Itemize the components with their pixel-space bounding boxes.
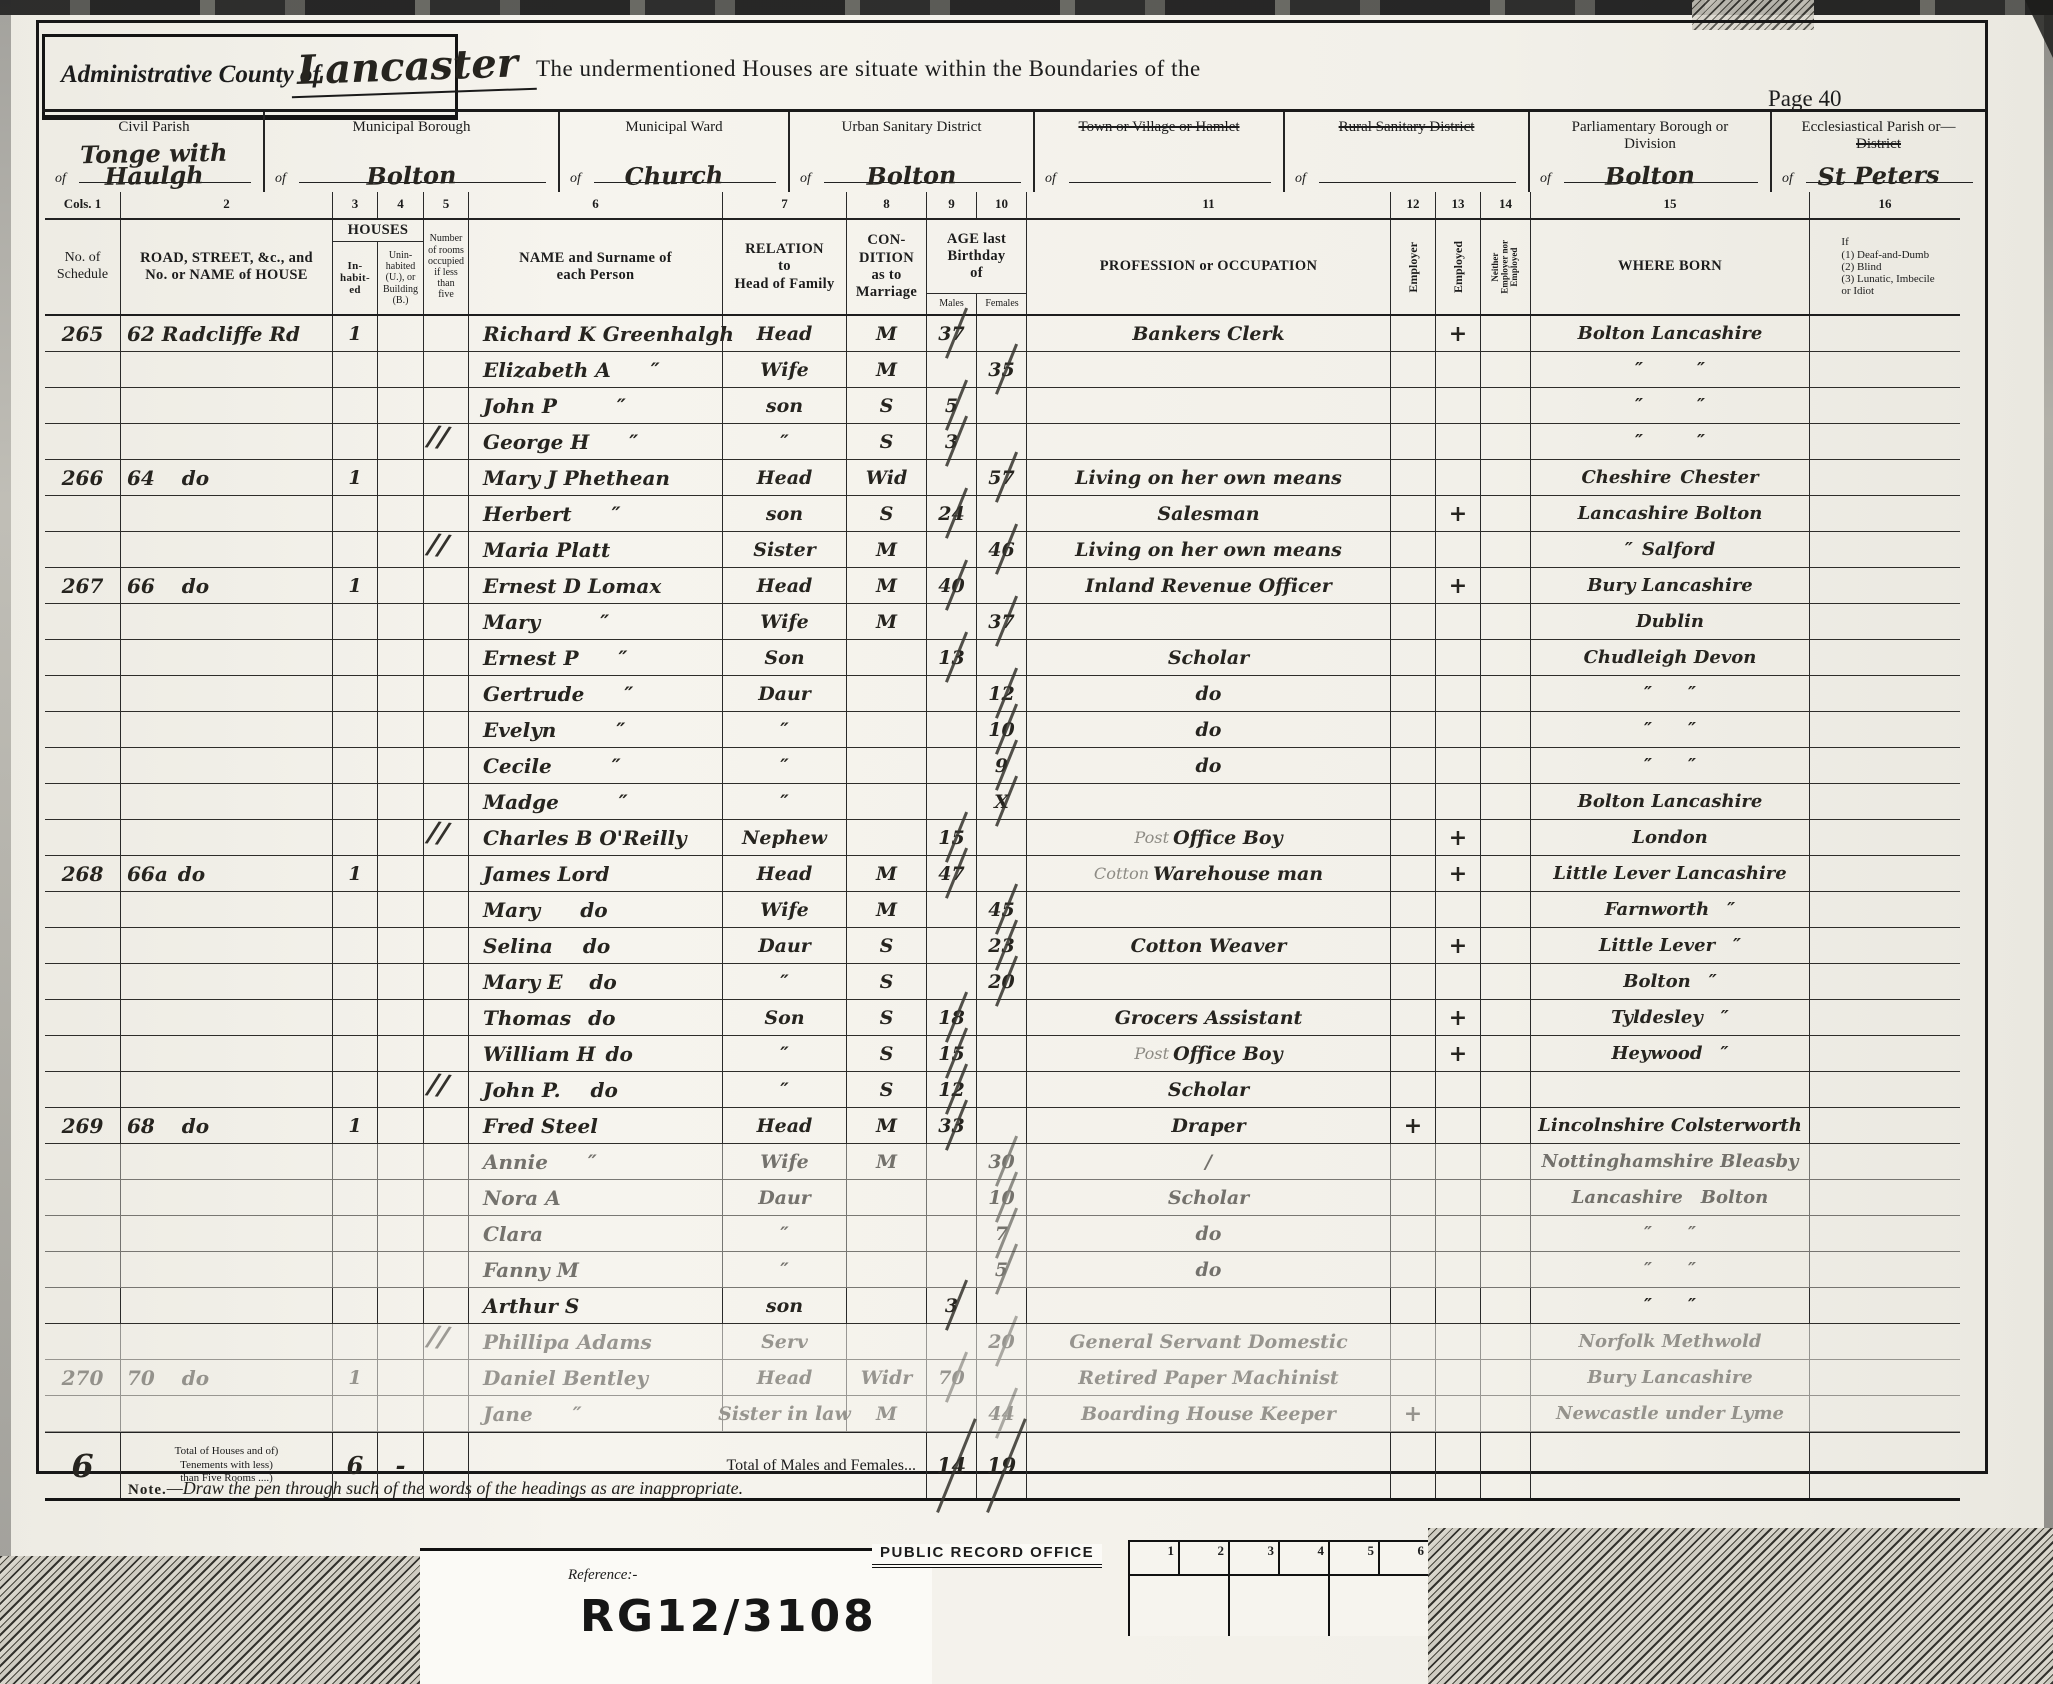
- rooms-under-five: [424, 748, 469, 783]
- age-female: [977, 496, 1027, 531]
- road-name: [121, 532, 333, 567]
- age-female: [977, 640, 1027, 675]
- table-row: Maria Platt Sister M 46 Living on her ow…: [45, 532, 1960, 568]
- age-male: [927, 604, 977, 639]
- age-female: [977, 388, 1027, 423]
- marriage-condition: [847, 712, 927, 747]
- measurement-ruler: 1 2 3 4 5 6: [1128, 1540, 1428, 1576]
- marriage-condition: S: [847, 496, 927, 531]
- rooms-under-five: [424, 352, 469, 387]
- table-row: George H ″ ″ S 3 ″ ″: [45, 424, 1960, 460]
- where-born: ″ ″: [1531, 1216, 1810, 1251]
- person-name: Nora A: [469, 1180, 723, 1215]
- employer-mark: [1391, 532, 1436, 567]
- district-label: Town or Village or Hamlet: [1035, 119, 1283, 136]
- table-row: Mary do Wife M 45 Farnworth ″: [45, 892, 1960, 928]
- neither-mark: [1481, 712, 1531, 747]
- where-born: Farnworth ″: [1531, 892, 1810, 927]
- infirmity: [1810, 964, 1960, 999]
- road-name: [121, 1288, 333, 1323]
- rooms-under-five: [424, 1036, 469, 1071]
- neither-mark: [1481, 568, 1531, 603]
- person-name: Herbert ″: [469, 496, 723, 531]
- age-female: 37: [977, 604, 1027, 639]
- employed-mark: +: [1436, 316, 1481, 351]
- measurement-ruler-lower: [1128, 1574, 1428, 1636]
- where-born: ″ ″: [1531, 748, 1810, 783]
- colnum-14: 14: [1481, 192, 1531, 218]
- occupation: [1027, 352, 1391, 387]
- infirmity: [1810, 748, 1960, 783]
- employed-mark: [1436, 748, 1481, 783]
- district-label: Ecclesiastical Parish or— District: [1772, 119, 1985, 153]
- relation-to-head: son: [723, 496, 847, 531]
- occupation: do: [1027, 712, 1391, 747]
- houses-uninhabited: [378, 820, 424, 855]
- rooms-under-five: [424, 1324, 469, 1359]
- neither-mark: [1481, 1108, 1531, 1143]
- rooms-under-five: [424, 1216, 469, 1251]
- rooms-under-five: [424, 820, 469, 855]
- rooms-under-five: [424, 568, 469, 603]
- district-value: [1285, 185, 1528, 189]
- where-born: ″ Salford: [1531, 532, 1810, 567]
- houses-inhabited: [333, 964, 378, 999]
- employed-mark: [1436, 1324, 1481, 1359]
- person-name: Ernest D Lomax: [469, 568, 723, 603]
- schedule-number: [45, 748, 121, 783]
- marriage-condition: [847, 820, 927, 855]
- road-name: [121, 604, 333, 639]
- employer-mark: [1391, 1072, 1436, 1107]
- neither-mark: [1481, 424, 1531, 459]
- road-name: [121, 1144, 333, 1179]
- age-female: [977, 316, 1027, 351]
- neither-mark: [1481, 964, 1531, 999]
- age-female: 35: [977, 352, 1027, 387]
- occupation: do: [1027, 1216, 1391, 1251]
- age-male: [927, 928, 977, 963]
- colnum-9: 9: [927, 192, 977, 218]
- scan-hatch-bottom-left: [0, 1556, 420, 1684]
- marriage-condition: S: [847, 1072, 927, 1107]
- occupation: do: [1027, 748, 1391, 783]
- age-male: 12: [927, 1072, 977, 1107]
- infirmity: [1810, 1324, 1960, 1359]
- road-name: [121, 964, 333, 999]
- pencil-annotation: Cotton: [1094, 864, 1149, 883]
- table-row: Selina do Daur S 23 Cotton Weaver + Litt…: [45, 928, 1960, 964]
- houses-uninhabited: [378, 496, 424, 531]
- person-name: Charles B O'Reilly: [469, 820, 723, 855]
- employer-mark: [1391, 748, 1436, 783]
- neither-mark: [1481, 1288, 1531, 1323]
- rooms-under-five: [424, 856, 469, 891]
- age-male: 33: [927, 1108, 977, 1143]
- age-female: 9: [977, 748, 1027, 783]
- age-male: 3: [927, 424, 977, 459]
- houses-inhabited: [333, 676, 378, 711]
- employed-mark: [1436, 1180, 1481, 1215]
- houses-uninhabited: [378, 676, 424, 711]
- occupation: [1027, 784, 1391, 819]
- houses-uninhabited: [378, 1252, 424, 1287]
- where-born: ″ ″: [1531, 352, 1810, 387]
- occupation: CottonWarehouse man: [1027, 856, 1391, 891]
- where-born: Bolton ″: [1531, 964, 1810, 999]
- marriage-condition: [847, 748, 927, 783]
- age-male: [927, 1324, 977, 1359]
- houses-inhabited: 1: [333, 1108, 378, 1143]
- employed-mark: [1436, 604, 1481, 639]
- employer-mark: [1391, 928, 1436, 963]
- road-name: [121, 820, 333, 855]
- houses-uninhabited: [378, 1072, 424, 1107]
- schedule-number: 266: [45, 460, 121, 495]
- occupation: [1027, 1288, 1391, 1323]
- neither-mark: [1481, 532, 1531, 567]
- age-female: 57: [977, 460, 1027, 495]
- neither-mark: [1481, 460, 1531, 495]
- person-name: Elizabeth A ″: [469, 352, 723, 387]
- road-name: [121, 640, 333, 675]
- district-label-line1: Parliamentary Borough or: [1572, 119, 1729, 135]
- relation-to-head: Wife: [723, 1144, 847, 1179]
- houses-uninhabited: [378, 748, 424, 783]
- infirmity: [1810, 892, 1960, 927]
- table-row: Clara ″ 7 do ″ ″: [45, 1216, 1960, 1252]
- occupation: Living on her own means: [1027, 460, 1391, 495]
- houses-inhabited: [333, 1144, 378, 1179]
- col-header-age: AGE last Birthday of: [927, 220, 1026, 293]
- houses-uninhabited: [378, 568, 424, 603]
- neither-mark: [1481, 856, 1531, 891]
- schedule-number: [45, 496, 121, 531]
- employer-mark: [1391, 604, 1436, 639]
- marriage-condition: M: [847, 892, 927, 927]
- district-label: Rural Sanitary District: [1285, 119, 1528, 136]
- colnum-5: 5: [424, 192, 469, 218]
- where-born: ″ ″: [1531, 388, 1810, 423]
- employed-mark: +: [1436, 856, 1481, 891]
- employer-mark: [1391, 1288, 1436, 1323]
- col-header-houses: HOUSES: [333, 220, 423, 242]
- schedule-number: 269: [45, 1108, 121, 1143]
- schedule-number: [45, 1000, 121, 1035]
- marriage-condition: M: [847, 1108, 927, 1143]
- person-name: Fanny M: [469, 1252, 723, 1287]
- age-female: [977, 1288, 1027, 1323]
- employed-mark: [1436, 1288, 1481, 1323]
- district-label-line1: Town or Village or Hamlet: [1078, 119, 1239, 135]
- employer-mark: [1391, 1036, 1436, 1071]
- relation-to-head: Head: [723, 316, 847, 351]
- occupation: Living on her own means: [1027, 532, 1391, 567]
- relation-to-head: Daur: [723, 928, 847, 963]
- employer-mark: [1391, 1000, 1436, 1035]
- neither-mark: [1481, 1324, 1531, 1359]
- road-name: [121, 748, 333, 783]
- occupation: [1027, 388, 1391, 423]
- age-male: [927, 712, 977, 747]
- total-males: 14: [927, 1433, 977, 1498]
- ruler-mark-6: 6: [1418, 1543, 1425, 1559]
- employed-mark: [1436, 676, 1481, 711]
- houses-uninhabited: [378, 1396, 424, 1431]
- rooms-under-five: [424, 1288, 469, 1323]
- scan-edge-left: [0, 0, 11, 1684]
- infirmity: [1810, 1288, 1960, 1323]
- employed-mark: +: [1436, 1036, 1481, 1071]
- age-male: 24: [927, 496, 977, 531]
- where-born: ″ ″: [1531, 712, 1810, 747]
- relation-to-head: Head: [723, 568, 847, 603]
- age-female: [977, 1000, 1027, 1035]
- table-row: 265 62 Radcliffe Rd 1 Richard K Greenhal…: [45, 316, 1960, 352]
- houses-inhabited: [333, 532, 378, 567]
- employed-mark: [1436, 1144, 1481, 1179]
- relation-to-head: ″: [723, 1036, 847, 1071]
- colnum-8: 8: [847, 192, 927, 218]
- colnum-11: 11: [1027, 192, 1391, 218]
- schedule-number: [45, 820, 121, 855]
- neither-mark: [1481, 1144, 1531, 1179]
- age-male: 70: [927, 1360, 977, 1395]
- district-label-line1: Civil Parish: [118, 119, 189, 135]
- road-name: 66 do: [121, 568, 333, 603]
- occupation: Grocers Assistant: [1027, 1000, 1391, 1035]
- rooms-under-five: [424, 928, 469, 963]
- district-label-line2: District: [1856, 136, 1901, 152]
- infirmity: [1810, 1144, 1960, 1179]
- houses-inhabited: [333, 1216, 378, 1251]
- age-male: [927, 1396, 977, 1431]
- houses-inhabited: [333, 1180, 378, 1215]
- district-label: Urban Sanitary District: [790, 119, 1033, 136]
- col-header-condition: CON- DITION as to Marriage: [847, 220, 927, 314]
- colnum-4: 4: [378, 192, 424, 218]
- road-name: [121, 1324, 333, 1359]
- schedule-number: 270: [45, 1360, 121, 1395]
- district-value: Church: [560, 163, 788, 189]
- marriage-condition: Wid: [847, 460, 927, 495]
- neither-mark: [1481, 892, 1531, 927]
- colnum-12: 12: [1391, 192, 1436, 218]
- age-male: 40: [927, 568, 977, 603]
- occupation: Bankers Clerk: [1027, 316, 1391, 351]
- pencil-annotation: Post: [1134, 828, 1169, 847]
- person-name: Mary E do: [469, 964, 723, 999]
- schedule-number: [45, 1216, 121, 1251]
- district-cell: Municipal Ward of Church: [560, 112, 790, 192]
- houses-inhabited: [333, 640, 378, 675]
- neither-mark: [1481, 316, 1531, 351]
- colnum-10: 10: [977, 192, 1027, 218]
- occupation: Cotton Weaver: [1027, 928, 1391, 963]
- colnum-2: 2: [121, 192, 333, 218]
- infirmity: [1810, 928, 1960, 963]
- col-header-road: ROAD, STREET, &c., and No. or NAME of HO…: [121, 220, 333, 314]
- person-name: Ernest P ″: [469, 640, 723, 675]
- person-name: John P ″: [469, 388, 723, 423]
- occupation: Salesman: [1027, 496, 1391, 531]
- infirmity: [1810, 1000, 1960, 1035]
- employer-mark: [1391, 1144, 1436, 1179]
- where-born: Newcastle under Lyme: [1531, 1396, 1810, 1431]
- infirmity: [1810, 352, 1960, 387]
- rooms-under-five: [424, 316, 469, 351]
- colnum-1: Cols. 1: [45, 192, 121, 218]
- reference-number: RG12/3108: [580, 1591, 877, 1642]
- age-female: [977, 1036, 1027, 1071]
- age-male: [927, 1252, 977, 1287]
- neither-mark: [1481, 784, 1531, 819]
- employer-mark: [1391, 316, 1436, 351]
- district-cell: Ecclesiastical Parish or— District of St…: [1772, 112, 1985, 192]
- colnum-7: 7: [723, 192, 847, 218]
- district-value: Bolton: [265, 162, 558, 189]
- occupation: Draper: [1027, 1108, 1391, 1143]
- col-header-employed: Employed: [1436, 220, 1481, 314]
- table-row: John P. do ″ S 12 Scholar: [45, 1072, 1960, 1108]
- age-male: 13: [927, 640, 977, 675]
- age-female: [977, 568, 1027, 603]
- col-header-uninhabited: Unin- habited (U.), or Building (B.): [378, 242, 423, 314]
- age-female: 46: [977, 532, 1027, 567]
- houses-inhabited: [333, 1324, 378, 1359]
- relation-to-head: Son: [723, 1000, 847, 1035]
- marriage-condition: S: [847, 1000, 927, 1035]
- total-schedules: 6: [45, 1433, 121, 1498]
- houses-uninhabited: [378, 928, 424, 963]
- person-name: Mary ″: [469, 604, 723, 639]
- age-male: 47: [927, 856, 977, 891]
- schedule-number: [45, 1288, 121, 1323]
- person-name: Arthur S: [469, 1288, 723, 1323]
- person-name: Jane ″: [469, 1396, 723, 1431]
- age-female: [977, 1072, 1027, 1107]
- table-row: Annie ″ Wife M 30 / Nottinghamshire Blea…: [45, 1144, 1960, 1180]
- rooms-under-five: [424, 532, 469, 567]
- where-born: Bolton Lancashire: [1531, 784, 1810, 819]
- occupation: PostOffice Boy: [1027, 820, 1391, 855]
- marriage-condition: M: [847, 316, 927, 351]
- road-name: [121, 1036, 333, 1071]
- road-name: [121, 784, 333, 819]
- marriage-condition: [847, 1216, 927, 1251]
- table-row: 269 68 do 1 Fred Steel Head M 33 Draper …: [45, 1108, 1960, 1144]
- marriage-condition: Widr: [847, 1360, 927, 1395]
- schedule-number: [45, 676, 121, 711]
- relation-to-head: Sister in law: [723, 1396, 847, 1431]
- employer-mark: [1391, 1360, 1436, 1395]
- road-name: [121, 424, 333, 459]
- scan-edge-right: [2044, 0, 2053, 1684]
- age-male: [927, 532, 977, 567]
- person-name: Mary do: [469, 892, 723, 927]
- infirmity: [1810, 1036, 1960, 1071]
- where-born: Bury Lancashire: [1531, 1360, 1810, 1395]
- houses-uninhabited: [378, 640, 424, 675]
- infirmity: [1810, 1252, 1960, 1287]
- age-female: [977, 1360, 1027, 1395]
- houses-inhabited: [333, 712, 378, 747]
- of-label: of: [1045, 171, 1056, 187]
- where-born: Tyldesley ″: [1531, 1000, 1810, 1035]
- col-header-rooms: Number of rooms occupied if less than fi…: [424, 220, 469, 314]
- houses-inhabited: 1: [333, 856, 378, 891]
- age-female: [977, 856, 1027, 891]
- district-cell: Urban Sanitary District of Bolton: [790, 112, 1035, 192]
- age-male: [927, 964, 977, 999]
- employed-mark: [1436, 352, 1481, 387]
- rooms-under-five: [424, 676, 469, 711]
- person-name: Daniel Bentley: [469, 1360, 723, 1395]
- houses-inhabited: [333, 424, 378, 459]
- where-born: [1531, 1072, 1810, 1107]
- table-row: Thomas do Son S 18 Grocers Assistant + T…: [45, 1000, 1960, 1036]
- employer-mark: [1391, 1252, 1436, 1287]
- houses-inhabited: 1: [333, 568, 378, 603]
- ruler-mark-1: 1: [1168, 1543, 1175, 1559]
- schedule-number: [45, 1324, 121, 1359]
- rooms-under-five: [424, 964, 469, 999]
- pencil-annotation: Post: [1134, 1044, 1169, 1063]
- rooms-under-five: [424, 712, 469, 747]
- rooms-under-five: [424, 784, 469, 819]
- age-female: 7: [977, 1216, 1027, 1251]
- houses-uninhabited: [378, 1180, 424, 1215]
- table-row: Nora A Daur 10 Scholar Lancashire Bolton: [45, 1180, 1960, 1216]
- where-born: ″ ″: [1531, 1288, 1810, 1323]
- where-born: ″ ″: [1531, 424, 1810, 459]
- person-name: Mary J Phethean: [469, 460, 723, 495]
- houses-uninhabited: [378, 964, 424, 999]
- footnote-text: —Draw the pen through such of the words …: [167, 1478, 743, 1498]
- employed-mark: [1436, 388, 1481, 423]
- relation-to-head: Wife: [723, 892, 847, 927]
- where-born: Lancashire Bolton: [1531, 496, 1810, 531]
- road-name: [121, 496, 333, 531]
- rooms-under-five: [424, 460, 469, 495]
- age-female: [977, 1108, 1027, 1143]
- occupation: [1027, 964, 1391, 999]
- administrative-county-box: Administrative County of Lancaster: [42, 34, 458, 120]
- age-male: [927, 460, 977, 495]
- employed-mark: [1436, 1072, 1481, 1107]
- totals-born-blank: [1531, 1433, 1810, 1498]
- footnote-label: Note.: [128, 1482, 167, 1498]
- road-name: 62 Radcliffe Rd: [121, 316, 333, 351]
- table-row: Gertrude ″ Daur 12 do ″ ″: [45, 676, 1960, 712]
- occupation: [1027, 892, 1391, 927]
- table-row: Charles B O'Reilly Nephew 15 PostOffice …: [45, 820, 1960, 856]
- age-male: 5: [927, 388, 977, 423]
- occupation: Scholar: [1027, 1072, 1391, 1107]
- ruler-mark-2: 2: [1218, 1543, 1225, 1559]
- col-header-employer: Employer: [1391, 220, 1436, 314]
- person-name: James Lord: [469, 856, 723, 891]
- schedule-number: [45, 352, 121, 387]
- district-label-line1: Municipal Borough: [353, 119, 471, 135]
- rooms-under-five: [424, 1108, 469, 1143]
- col-header-neither: Neither Employer nor Employed: [1481, 220, 1531, 314]
- houses-uninhabited: [378, 388, 424, 423]
- occupation: Inland Revenue Officer: [1027, 568, 1391, 603]
- age-female: 45: [977, 892, 1027, 927]
- houses-inhabited: [333, 892, 378, 927]
- infirmity: [1810, 1396, 1960, 1431]
